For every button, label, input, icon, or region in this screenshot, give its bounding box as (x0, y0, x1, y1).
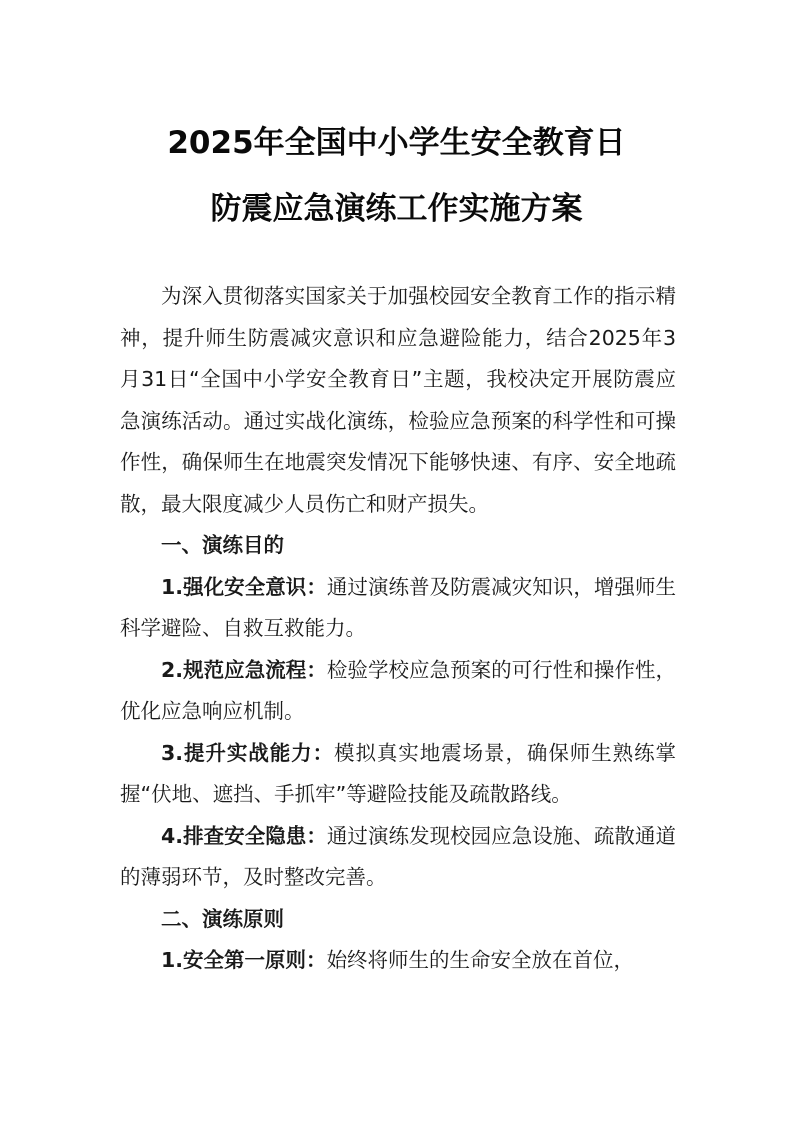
list-item: 3.提升实战能力：模拟真实地震场景，确保师生熟练掌握“伏地、遮挡、手抓牢”等避险… (120, 733, 676, 816)
document-page: 2025年全国中小学生安全教育日 防震应急演练工作实施方案 为深入贯彻落实国家关… (0, 0, 793, 1122)
section-heading-principles: 二、演练原则 (120, 899, 676, 941)
document-title-line-2: 防震应急演练工作实施方案 (0, 183, 793, 228)
intro-paragraph: 为深入贯彻落实国家关于加强校园安全教育工作的指示精神，提升师生防震减灾意识和应急… (120, 276, 676, 525)
item-label: 4.排查安全隐患： (161, 824, 327, 848)
document-title-line-1: 2025年全国中小学生安全教育日 (0, 117, 793, 162)
list-item: 4.排查安全隐患：通过演练发现校园应急设施、疏散通道的薄弱环节，及时整改完善。 (120, 816, 676, 899)
item-label: 1.安全第一原则： (161, 948, 327, 972)
item-label: 3.提升实战能力： (161, 741, 334, 765)
item-text: 始终将师生的生命安全放在首位， (327, 948, 635, 972)
list-item: 2.规范应急流程：检验学校应急预案的可行性和操作性，优化应急响应机制。 (120, 650, 676, 733)
document-body: 为深入贯彻落实国家关于加强校园安全教育工作的指示精神，提升师生防震减灾意识和应急… (120, 276, 676, 982)
section-heading-purpose: 一、演练目的 (120, 525, 676, 567)
list-item: 1.强化安全意识：通过演练普及防震减灾知识，增强师生科学避险、自救互救能力。 (120, 567, 676, 650)
item-label: 2.规范应急流程： (161, 658, 327, 682)
item-label: 1.强化安全意识： (161, 575, 327, 599)
list-item: 1.安全第一原则：始终将师生的生命安全放在首位， (120, 940, 676, 982)
